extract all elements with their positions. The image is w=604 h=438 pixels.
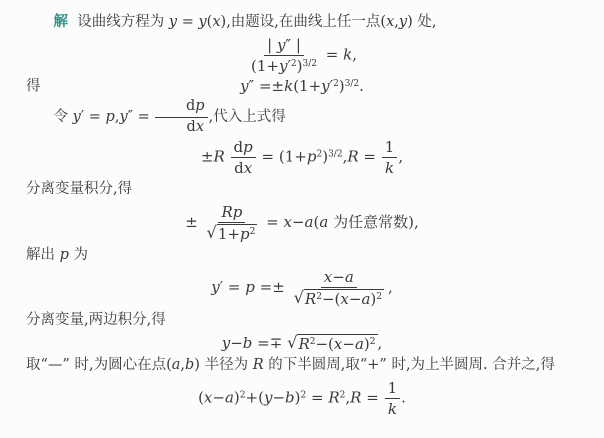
connector-label: 得 [26, 77, 41, 96]
math-run: , [398, 148, 403, 166]
line-text: 分离变量积分,得 [26, 181, 132, 197]
formula-line: y−b =∓ √R2−(x−a)2, [26, 334, 578, 354]
math-run: x [244, 159, 252, 177]
textbook-page: 解 设曲线方程为 y = y(x),由题设,在曲线上任一点(x,y) 处,| y… [0, 0, 604, 438]
math-run: 1 [385, 138, 395, 156]
solution-keyword: 解 [54, 13, 69, 30]
math-run: 1+p [218, 225, 250, 243]
math-run: ±R [201, 148, 230, 166]
exponent: 2 [376, 292, 382, 302]
math-run: 1 [388, 379, 398, 397]
line-text: 令 y′ = p,y″ = dpdx,代入上式得 [54, 109, 286, 125]
math-run: x [196, 119, 204, 135]
line-text: 取“—” 时,为圆心在点(a,b) 半径为 R 的下半圆周,取“+” 时,为上半… [26, 357, 555, 373]
formula-line: 得y″ =±k(1+y′2)3/2. [26, 77, 578, 97]
math-run: y−b =∓ [222, 334, 287, 352]
math-run: ,代入上式得 [209, 109, 286, 125]
formula-line: y′ = p =± x−a√R2−(x−a)2, [26, 268, 578, 308]
math-run: p [195, 98, 204, 114]
math-run: . [359, 77, 364, 95]
math-run: = (1+p [257, 148, 317, 166]
text-line: 令 y′ = p,y″ = dpdx,代入上式得 [26, 98, 578, 136]
fraction: dpdx [155, 98, 207, 136]
exponent: 3/2 [302, 59, 316, 69]
math-run: 分离变量积分,得 [26, 181, 132, 197]
formula-content: | y″ |(1+y′2)3/2 = k, [247, 36, 357, 75]
text-line: 分离变量,两边积分,得 [26, 310, 578, 332]
math-run: = k, [321, 45, 357, 63]
formula-content: y′ = p =± x−a√R2−(x−a)2, [211, 268, 393, 308]
math-run: , [388, 278, 393, 296]
square-root: √1+p2 [207, 224, 258, 243]
exponent: 3/2 [328, 150, 342, 160]
math-run: −(x−a) [322, 290, 376, 308]
math-run: d [186, 98, 195, 114]
math-run: R [305, 290, 316, 308]
line-text: 解 设曲线方程为 y = y(x),由题设,在曲线上任一点(x,y) 处, [54, 14, 437, 30]
math-run: 令 y′ = p,y″ = [54, 109, 155, 125]
math-run: ,R = [345, 389, 383, 407]
formula-content: ±R dpdx = (1+p2)3/2,R = 1k, [201, 138, 403, 177]
math-run: . [401, 389, 406, 407]
formula-line: (x−a)2+(y−b)2 = R2,R = 1k. [26, 379, 578, 418]
exponent: 3/2 [345, 79, 359, 89]
math-run: x−a [324, 268, 354, 286]
formula-content: ± Rp√1+p2 = x−a(a 为任意常数), [185, 203, 419, 243]
formula-line: | y″ |(1+y′2)3/2 = k, [26, 36, 578, 75]
math-run: 分离变量,两边积分,得 [26, 312, 166, 328]
line-text: 解出 p 为 [26, 247, 88, 263]
math-run: , [378, 334, 383, 352]
math-run: +(y−b) [246, 389, 301, 407]
radical-icon: √ [207, 224, 217, 242]
formula-content: (x−a)2+(y−b)2 = R2,R = 1k. [198, 379, 406, 418]
text-line: 取“—” 时,为圆心在点(a,b) 半径为 R 的下半圆周,取“+” 时,为上半… [26, 355, 578, 377]
math-run: d [187, 119, 196, 135]
formula-line: ± Rp√1+p2 = x−a(a 为任意常数), [26, 203, 578, 243]
formula-content: y″ =±k(1+y′2)3/2. [240, 77, 364, 97]
text-line: 解 设曲线方程为 y = y(x),由题设,在曲线上任一点(x,y) 处, [26, 11, 578, 34]
exponent: 2 [370, 337, 376, 347]
math-run: −(x−a) [315, 335, 369, 353]
square-root: √R2−(x−a)2 [294, 289, 384, 308]
math-run: | y″ | [267, 36, 301, 54]
fraction: Rp√1+p2 [204, 203, 261, 243]
math-run: Rp [221, 203, 242, 221]
math-run: d [234, 159, 244, 177]
fraction: 1k [382, 138, 398, 177]
math-run: y′ = p =± [211, 278, 289, 296]
radical-icon: √ [287, 334, 297, 352]
line-text: 分离变量,两边积分,得 [26, 312, 166, 328]
math-run: p [243, 138, 253, 156]
math-run: 设曲线方程为 y = y(x),由题设,在曲线上任一点(x,y) 处, [68, 14, 436, 30]
fraction: x−a√R2−(x−a)2 [291, 268, 387, 308]
math-run: = R [306, 389, 339, 407]
math-run: k [385, 159, 394, 177]
solution-body: 解 设曲线方程为 y = y(x),由题设,在曲线上任一点(x,y) 处,| y… [26, 11, 578, 418]
math-run: 解出 p 为 [26, 247, 88, 263]
fraction: dpdx [231, 138, 256, 177]
formula-line: ±R dpdx = (1+p2)3/2,R = 1k, [26, 138, 578, 177]
math-run: (1+y′ [251, 57, 291, 75]
math-run: d [234, 138, 244, 156]
fraction: 1k [385, 379, 401, 418]
math-run: y″ =±k(1+y′ [240, 77, 333, 95]
math-run: R [298, 335, 309, 353]
text-line: 分离变量积分,得 [26, 179, 578, 201]
math-run: ,R = [343, 148, 381, 166]
radical-icon: √ [294, 289, 304, 307]
text-line: 解出 p 为 [26, 245, 578, 267]
math-run: 取“—” 时,为圆心在点(a,b) 半径为 R 的下半圆周,取“+” 时,为上半… [26, 357, 555, 373]
fraction: | y″ |(1+y′2)3/2 [248, 36, 320, 75]
math-run: ± [185, 213, 202, 231]
square-root: √R2−(x−a)2 [287, 334, 377, 353]
exponent: 2 [250, 227, 256, 237]
math-run: (x−a) [198, 389, 240, 407]
math-run: k [388, 400, 397, 418]
formula-content: y−b =∓ √R2−(x−a)2, [222, 334, 383, 354]
math-run: = x−a(a 为任意常数), [261, 213, 418, 231]
